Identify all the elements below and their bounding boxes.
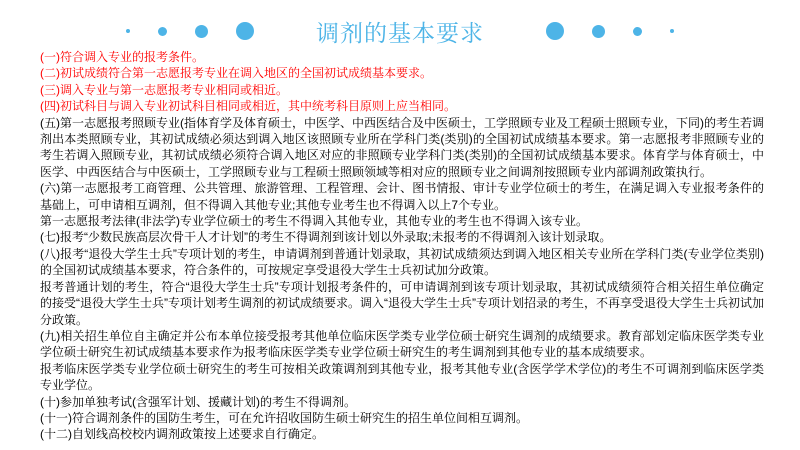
slide: 调剂的基本要求 (一)符合调入专业的报考条件。 (二)初试成绩符合第一志愿报考专… bbox=[0, 0, 800, 450]
decorative-dot-icon bbox=[546, 22, 564, 40]
page-title: 调剂的基本要求 bbox=[316, 15, 484, 48]
requirement-item: (九)相关招生单位自主确定并公布本单位接受报考其他单位临床医学类专业学位硕士研究… bbox=[40, 328, 764, 361]
requirement-item: (三)调入专业与第一志愿报考专业相同或相近。 bbox=[40, 82, 764, 98]
requirement-item: 第一志愿报考法律(非法学)专业学位硕士的考生不得调入其他专业，其他专业的考生也不… bbox=[40, 213, 764, 229]
decorative-dot-icon bbox=[126, 29, 130, 33]
decorative-dots-right bbox=[546, 22, 674, 40]
decorative-dot-icon bbox=[195, 25, 208, 38]
decorative-dot-icon bbox=[633, 27, 642, 36]
requirement-item: (四)初试科目与调入专业初试科目相同或相近，其中统考科目原则上应当相同。 bbox=[40, 98, 764, 114]
requirement-item: (七)报考“少数民族高层次骨干人才计划”的考生不得调剂到该计划以外录取;未报考的… bbox=[40, 229, 764, 245]
requirement-item: 报考临床医学类专业学位硕士研究生的考生可按相关政策调剂到其他专业，报考其他专业(… bbox=[40, 361, 764, 394]
decorative-dot-icon bbox=[236, 22, 254, 40]
requirement-item: 报考普通计划的考生，符合“退役大学生士兵”专项计划报考条件的，可申请调剂到该专项… bbox=[40, 279, 764, 328]
requirement-item: (十一)符合调剂条件的国防生考生，可在允许招收国防生硕士研究生的招生单位间相互调… bbox=[40, 410, 764, 426]
requirement-item: (十二)自划线高校校内调剂政策按上述要求自行确定。 bbox=[40, 426, 764, 442]
decorative-dot-icon bbox=[670, 29, 674, 33]
decorative-dot-icon bbox=[158, 27, 167, 36]
requirements-list: (一)符合调入专业的报考条件。 (二)初试成绩符合第一志愿报考专业在调入地区的全… bbox=[0, 48, 800, 443]
requirement-item: (五)第一志愿报考照顾专业(指体育学及体育硕士，中医学、中西医结合及中医硕士，工… bbox=[40, 115, 764, 181]
requirement-item: (六)第一志愿报考工商管理、公共管理、旅游管理、工程管理、会计、图书情报、审计专… bbox=[40, 180, 764, 213]
decorative-dot-icon bbox=[592, 25, 605, 38]
requirement-item: (一)符合调入专业的报考条件。 bbox=[40, 49, 764, 65]
requirement-item: (二)初试成绩符合第一志愿报考专业在调入地区的全国初试成绩基本要求。 bbox=[40, 65, 764, 81]
decorative-dots-left bbox=[126, 22, 254, 40]
requirement-item: (十)参加单独考试(含强军计划、援藏计划)的考生不得调剂。 bbox=[40, 394, 764, 410]
slide-header: 调剂的基本要求 bbox=[0, 0, 800, 48]
requirement-item: (八)报考“退役大学生士兵”专项计划的考生，申请调剂到普通计划录取，其初试成绩须… bbox=[40, 246, 764, 279]
